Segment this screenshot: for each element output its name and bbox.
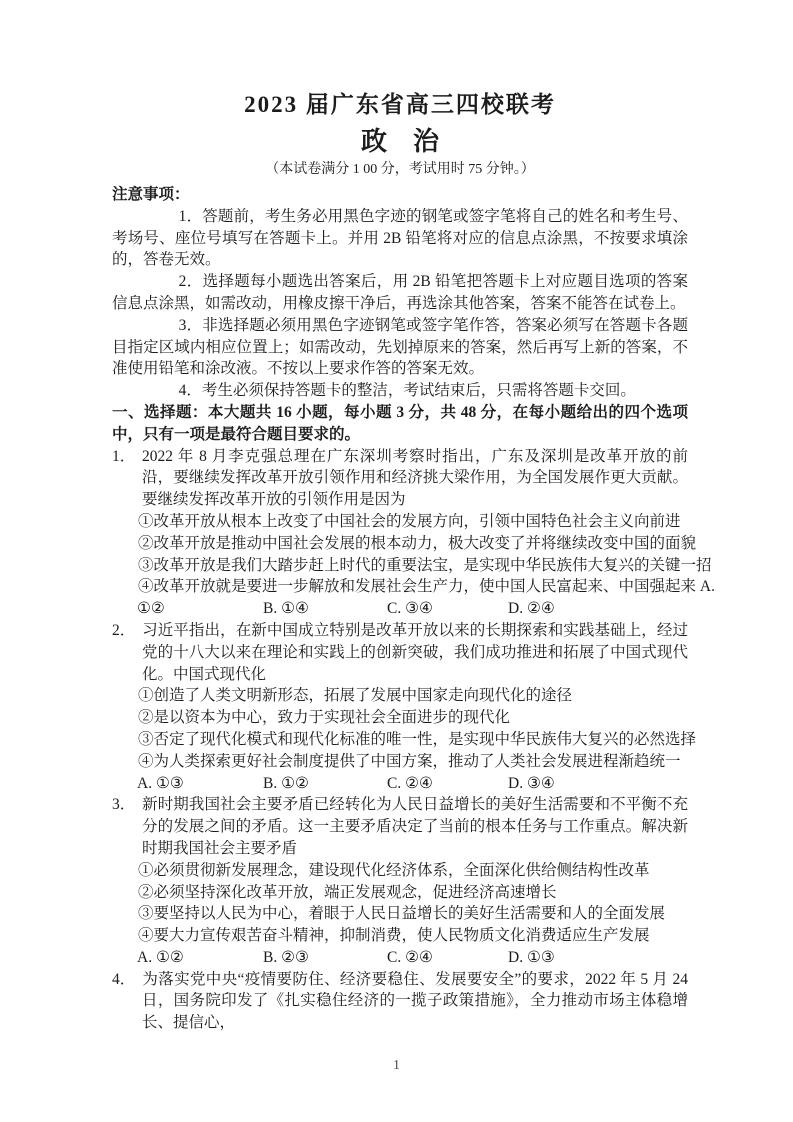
question-item: ③要坚持以人民为中心，着眼于人民日益增长的美好生活需要和人的全面发展 [112, 903, 688, 925]
question-stem: 4．为落实党中央“疫情要防住、经济要稳住、发展要安全”的要求，2022 年 5 … [112, 969, 688, 1034]
exam-body: 注意事项： 1．答题前，考生务必用黑色字迹的钢笔或签字笔将自己的姓名和考生号、考… [112, 184, 688, 1034]
question-1: 1．2022 年 8 月李克强总理在广东深圳考察时指出，广东及深圳是改革开放的前… [112, 446, 688, 620]
exam-subject: 政 治 [112, 126, 688, 158]
question-2: 2．习近平指出，在新中国成立特别是改革开放以来的长期探索和实践基础上，经过党的十… [112, 620, 688, 794]
page-number: 1 [0, 1057, 793, 1073]
section-heading: 一、选择题：本大题共 16 小题，每小题 3 分，共 48 分，在每小题给出的四… [112, 402, 688, 446]
question-stem: 2．习近平指出，在新中国成立特别是改革开放以来的长期探索和实践基础上，经过党的十… [112, 620, 688, 685]
question-item: ②必须坚持深化改革开放，端正发展观念，促进经济高速增长 [112, 882, 688, 904]
option-a: A. ①② [137, 947, 263, 969]
question-stem: 1．2022 年 8 月李克强总理在广东深圳考察时指出，广东及深圳是改革开放的前… [112, 446, 688, 511]
option-c: C. ③④ [387, 598, 508, 620]
option-d: D. ③④ [508, 773, 688, 795]
exam-info: （本试卷满分 1 00 分，考试用时 75 分钟。） [112, 160, 688, 180]
question-number: 3． [112, 794, 142, 816]
notice-item-4: 4．考生必须保持答题卡的整洁，考试结束后，只需将答题卡交回。 [112, 380, 688, 402]
option-a: ①② [137, 598, 263, 620]
question-item: ①改革开放从根本上改变了中国社会的发展方向，引领中国特色社会主义向前进 [112, 511, 688, 533]
question-stem-text: 2022 年 8 月李克强总理在广东深圳考察时指出，广东及深圳是改革开放的前沿，… [142, 448, 688, 509]
notice-item-1: 1．答题前，考生务必用黑色字迹的钢笔或签字笔将自己的姓名和考生号、考场号、座位号… [112, 206, 688, 271]
option-b: B. ②③ [263, 947, 387, 969]
question-number: 1． [112, 446, 142, 468]
notice-heading: 注意事项： [112, 184, 688, 206]
question-item: ①创造了人类文明新形态，拓展了发展中国家走向现代化的途径 [112, 685, 688, 707]
question-item: ③改革开放是我们大踏步赶上时代的重要法宝，是实现中华民族伟大复兴的关键一招 [112, 555, 688, 577]
question-item: ①必须贯彻新发展理念，建设现代化经济体系，全面深化供给侧结构性改革 [112, 860, 688, 882]
question-4: 4．为落实党中央“疫情要防住、经济要稳住、发展要安全”的要求，2022 年 5 … [112, 969, 688, 1034]
question-item: ④要大力宣传艰苦奋斗精神，抑制消费，使人民物质文化消费适应生产发展 [112, 925, 688, 947]
exam-title: 2023 届广东省高三四校联考 [112, 90, 688, 120]
question-number: 2． [112, 620, 142, 642]
option-c: C. ②④ [387, 947, 508, 969]
option-d: D. ①③ [508, 947, 688, 969]
question-3: 3．新时期我国社会主要矛盾已经转化为人民日益增长的美好生活需要和不平衡不充分的发… [112, 794, 688, 968]
question-number: 4． [112, 969, 142, 991]
option-a: A. ①③ [137, 773, 263, 795]
options-row: A. ①② B. ②③ C. ②④ D. ①③ [112, 947, 688, 969]
option-c: C. ②④ [387, 773, 508, 795]
question-item: ④为人类探索更好社会制度提供了中国方案，推动了人类社会发展进程渐趋统一 [112, 751, 688, 773]
question-stem-text: 为落实党中央“疫情要防住、经济要稳住、发展要安全”的要求，2022 年 5 月 … [142, 971, 688, 1032]
question-item: ③否定了现代化模式和现代化标准的唯一性，是实现中华民族伟大复兴的必然选择 [112, 729, 688, 751]
question-stem-text: 新时期我国社会主要矛盾已经转化为人民日益增长的美好生活需要和不平衡不充分的发展之… [142, 796, 688, 857]
question-item: ②是以资本为中心，致力于实现社会全面进步的现代化 [112, 707, 688, 729]
option-b: B. ①② [263, 773, 387, 795]
options-row: A. ①③ B. ①② C. ②④ D. ③④ [112, 773, 688, 795]
question-stem: 3．新时期我国社会主要矛盾已经转化为人民日益增长的美好生活需要和不平衡不充分的发… [112, 794, 688, 859]
options-row: ①② B. ①④ C. ③④ D. ②④ [112, 598, 688, 620]
option-d: D. ②④ [508, 598, 688, 620]
question-stem-text: 习近平指出，在新中国成立特别是改革开放以来的长期探索和实践基础上，经过党的十八大… [142, 622, 688, 683]
question-item: ④改革开放就是要进一步解放和发展社会生产力，使中国人民富起来、中国强起来 A. [112, 576, 688, 598]
exam-page: 2023 届广东省高三四校联考 政 治 （本试卷满分 1 00 分，考试用时 7… [0, 0, 793, 1122]
question-item: ②改革开放是推动中国社会发展的根本动力，极大改变了并将继续改变中国的面貌 [112, 533, 688, 555]
notice-item-3: 3．非选择题必须用黑色字迹钢笔或签字笔作答，答案必须写在答题卡各题目指定区域内相… [112, 315, 688, 380]
notice-item-2: 2．选择题每小题选出答案后，用 2B 铅笔把答题卡上对应题目选项的答案信息点涂黑… [112, 271, 688, 315]
option-b: B. ①④ [263, 598, 387, 620]
